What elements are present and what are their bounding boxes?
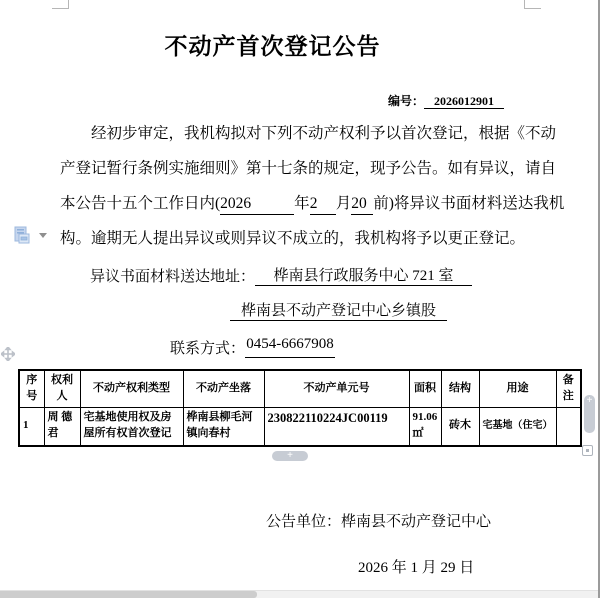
margin-mark-top-right (524, 0, 541, 9)
cell-area: 91.06㎡ (409, 407, 441, 446)
doc-number-line: 编号：2026012901 (388, 92, 504, 109)
table-move-handle[interactable] (1, 347, 15, 361)
cell-location: 桦南县柳毛河镇向春村 (183, 407, 264, 446)
table-header-row: 序号 权利人 不动产权利类型 不动产坐落 不动产单元号 面积 结构 用途 备注 (19, 370, 581, 407)
cell-structure: 砖木 (441, 407, 479, 446)
contact-line: 联系方式：0454-6667908 (170, 336, 335, 358)
contact-phone-value: 0454-6667908 (245, 336, 335, 358)
paragraph-line-3: 本公告十五个工作日内(2026年2月20前)将异议书面材料送达我机 (60, 186, 542, 221)
objection-address-label: 异议书面材料送达地址： (90, 269, 255, 285)
col-header-right-type: 不动产权利类型 (80, 370, 183, 407)
cell-unit-no: 230822110224JC00119 (264, 407, 409, 446)
announcement-date: 2026 年 1 月 29 日 (358, 556, 474, 577)
horizontal-scrollbar[interactable] (0, 590, 598, 598)
cell-holder: 周 德君 (44, 407, 80, 446)
col-header-unit-no: 不动产单元号 (264, 370, 409, 407)
move-cross-icon (1, 347, 15, 361)
notice-paragraph: 经初步审定，我机构拟对下列不动产权利予以首次登记，根据《不动 产登记暂行条例实施… (60, 116, 542, 256)
line3-text-2: 年 (294, 195, 310, 212)
cell-usage: 宅基地（住宅） (479, 407, 556, 446)
contact-label: 联系方式： (170, 341, 245, 357)
margin-mark-top-left (52, 0, 69, 9)
day-blank-field: 20 (351, 194, 373, 215)
objection-address-line: 异议书面材料送达地址：桦南县行政服务中心 721 室 (90, 264, 472, 286)
paragraph-line-2: 产登记暂行条例实施细则》第十七条的规定，现予公告。如有异议，请自 (60, 151, 542, 186)
horizontal-scrollbar-thumb[interactable] (0, 591, 257, 598)
objection-address-value-2: 桦南县不动产登记中心乡镇股 (230, 299, 447, 321)
insert-column-handle[interactable]: + (584, 395, 595, 433)
paragraph-line-1: 经初步审定，我机构拟对下列不动产权利予以首次登记，根据《不动 (60, 116, 542, 151)
objection-address-line-2: 桦南县不动产登记中心乡镇股 (230, 299, 447, 321)
announcing-unit: 公告单位：桦南县不动产登记中心 (266, 510, 491, 531)
doc-number-value: 2026012901 (424, 94, 504, 109)
paste-options-button[interactable] (14, 226, 48, 246)
line3-text-4: 前)将异议书面材料送达我机 (373, 195, 564, 212)
paragraph-line-4: 构。逾期无人提出异议或则异议不成立的，我机构将予以更正登记。 (60, 221, 542, 256)
registration-table: 序号 权利人 不动产权利类型 不动产坐落 不动产单元号 面积 结构 用途 备注 … (18, 369, 582, 447)
year-blank-field: 2026 (220, 194, 294, 215)
col-header-location: 不动产坐落 (183, 370, 264, 407)
objection-address-value-1: 桦南县行政服务中心 721 室 (255, 264, 472, 286)
doc-number-label: 编号： (388, 94, 424, 108)
chevron-down-icon[interactable] (39, 233, 47, 238)
col-header-seq: 序号 (19, 370, 44, 407)
table-row: 1 周 德君 宅基地使用权及房屋所有权首次登记 桦南县柳毛河镇向春村 23082… (19, 407, 581, 446)
cell-remark (556, 407, 581, 446)
col-header-area: 面积 (409, 370, 441, 407)
cell-right-type: 宅基地使用权及房屋所有权首次登记 (80, 407, 183, 446)
table-resize-handle[interactable] (582, 445, 593, 456)
col-header-holder: 权利人 (44, 370, 80, 407)
page-title: 不动产首次登记公告 (0, 28, 545, 61)
col-header-remark: 备注 (556, 370, 581, 407)
clipboard-paste-icon (14, 226, 32, 245)
line3-text-3: 月 (336, 195, 352, 212)
word-document-view: 不动产首次登记公告 编号：2026012901 经初步审定，我机构拟对下列不动产… (0, 0, 600, 598)
line3-text-1: 本公告十五个工作日内( (60, 195, 220, 212)
month-blank-field: 2 (310, 194, 336, 215)
col-header-structure: 结构 (441, 370, 479, 407)
insert-row-handle[interactable]: + (272, 451, 308, 461)
col-header-usage: 用途 (479, 370, 556, 407)
cell-seq: 1 (19, 407, 44, 446)
